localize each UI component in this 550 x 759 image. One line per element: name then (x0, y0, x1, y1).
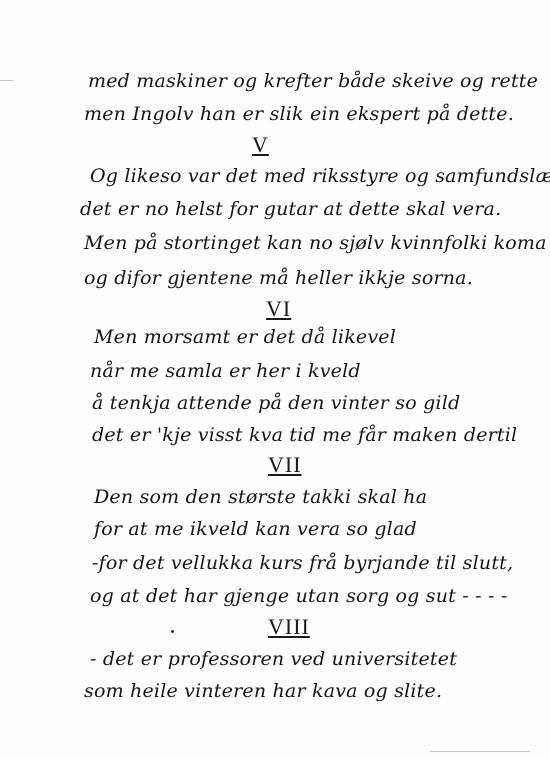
verse-line: men Ingolv han er slik ein ekspert på de… (84, 103, 514, 125)
verse-line: Men på stortinget kan no sjølv kvinnfolk… (84, 232, 547, 254)
verse-line: -for det vellukka kurs frå byrjande til … (92, 552, 513, 574)
verse-line: med maskiner og krefter både skeive og r… (88, 70, 538, 92)
document-page: med maskiner og krefter både skeive og r… (0, 0, 550, 759)
verse-line: Men morsamt er det då likevel (94, 326, 396, 348)
ink-speck (171, 630, 174, 633)
verse-line: når me samla er her i kveld (90, 360, 361, 382)
verse-line: som heile vinteren har kava og slite. (84, 680, 442, 702)
verse-line: for at me ikveld kan vera so glad (94, 518, 417, 540)
verse-line: og difor gjentene må heller ikkje sorna. (84, 267, 473, 289)
verse-line: - det er professoren ved universitetet (90, 648, 457, 670)
verse-numeral: VII (268, 452, 302, 478)
verse-line: det er 'kje visst kva tid me får maken d… (92, 424, 517, 446)
verse-line: å tenkja attende på den vinter so gild (92, 392, 460, 414)
verse-numeral: VI (266, 296, 291, 322)
scan-edge-mark (0, 80, 14, 81)
verse-numeral: VIII (268, 614, 310, 640)
verse-line: og at det har gjenge utan sorg og sut - … (90, 585, 507, 607)
scan-edge-mark (430, 751, 530, 752)
verse-numeral: V (252, 132, 269, 158)
verse-line: det er no helst for gutar at dette skal … (80, 198, 501, 220)
verse-line: Og likeso var det med riksstyre og samfu… (90, 165, 550, 187)
verse-line: Den som den største takki skal ha (94, 486, 427, 508)
